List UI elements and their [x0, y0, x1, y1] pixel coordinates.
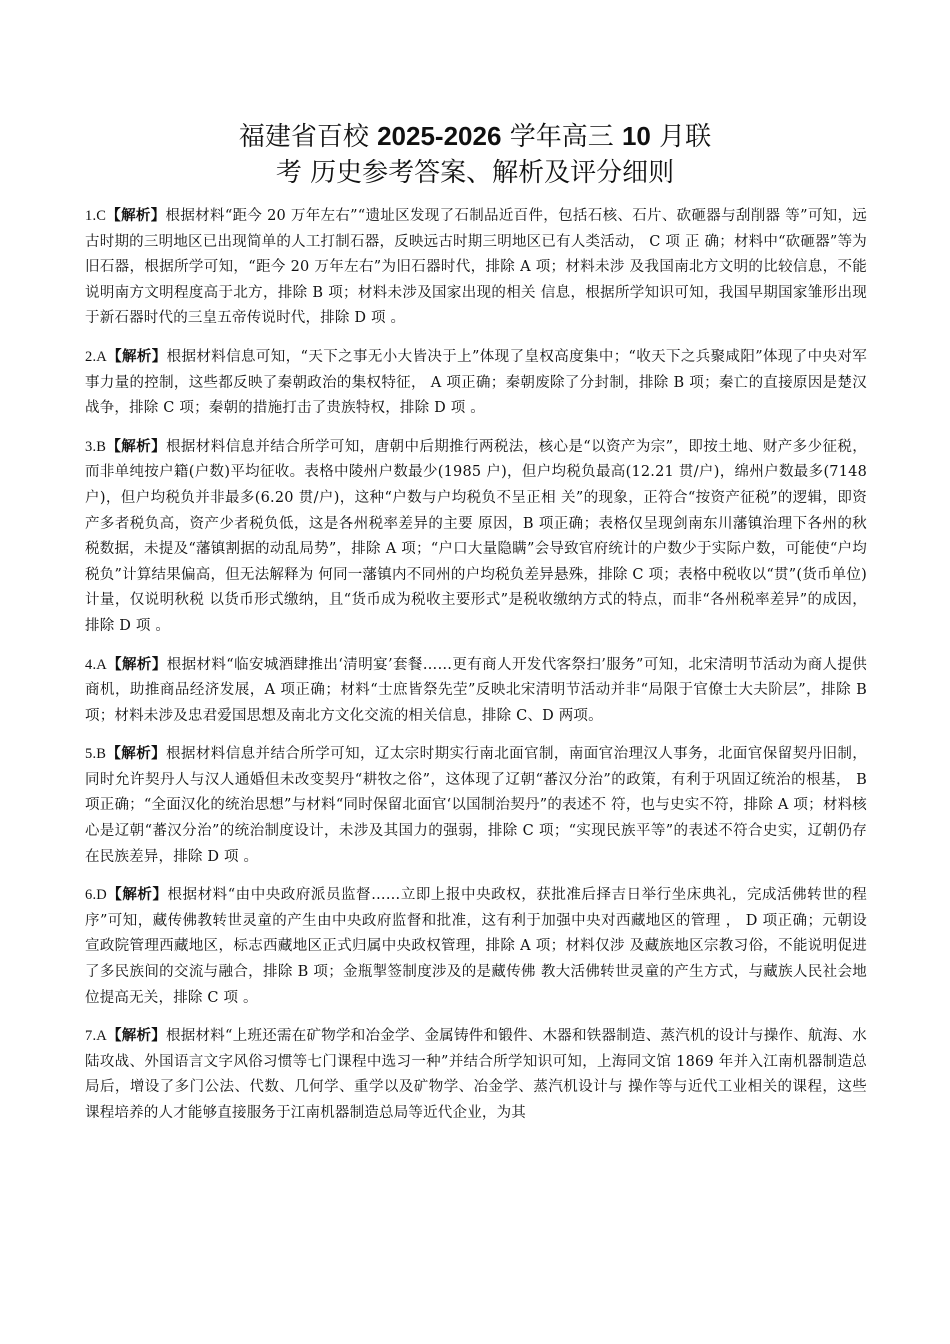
- answer-number: 1.C: [85, 208, 106, 224]
- analysis-tag: 【解析】: [106, 438, 166, 455]
- title-prefix: 福建省百校: [239, 122, 377, 152]
- page-title: 福建省百校 2025-2026 学年高三 10 月联 考 历史参考答案、解析及评…: [0, 118, 950, 191]
- analysis-tag: 【解析】: [106, 207, 165, 224]
- analysis-tag: 【解析】: [107, 886, 168, 903]
- answer-text: 根据材料“由中央政府派员监督……立即上报中央政权，获批准后择吉日举行坐床典礼，完…: [85, 887, 867, 1005]
- title-month: 10: [622, 121, 651, 151]
- title-line-2: 考 历史参考答案、解析及评分细则: [0, 155, 950, 191]
- answer-item-2: 2.A【解析】根据材料信息可知，“天下之事无小大皆决于上”体现了皇权高度集中；“…: [85, 344, 867, 422]
- title-year: 2025-2026: [377, 121, 501, 151]
- answer-text: 根据材料“距今 20 万年左右”“遗址区发现了石制品近百件，包括石核、石片、砍砸…: [85, 208, 867, 326]
- answer-list: 1.C【解析】根据材料“距今 20 万年左右”“遗址区发现了石制品近百件，包括石…: [85, 203, 867, 1139]
- analysis-tag: 【解析】: [106, 745, 166, 762]
- answer-number: 7.A: [85, 1028, 107, 1044]
- answer-item-4: 4.A【解析】根据材料“临安城酒肆推出‘清明宴’套餐……更有商人开发代客祭扫’服…: [85, 652, 867, 730]
- answer-number: 6.D: [85, 887, 107, 903]
- title-suffix: 月联: [651, 122, 711, 152]
- answer-number: 3.B: [85, 439, 106, 455]
- answer-item-3: 3.B【解析】根据材料信息并结合所学可知，唐朝中后期推行两税法，核心是“以资产为…: [85, 434, 867, 640]
- answer-item-1: 1.C【解析】根据材料“距今 20 万年左右”“遗址区发现了石制品近百件，包括石…: [85, 203, 867, 332]
- answer-text: 根据材料信息可知，“天下之事无小大皆决于上”体现了皇权高度集中；“收天下之兵聚咸…: [85, 349, 867, 416]
- answer-number: 4.A: [85, 657, 107, 673]
- analysis-tag: 【解析】: [107, 656, 167, 673]
- answer-number: 2.A: [85, 349, 107, 365]
- analysis-tag: 【解析】: [107, 1027, 166, 1044]
- answer-item-7: 7.A【解析】根据材料“上班还需在矿物学和冶金学、金属铸件和锻件、木器和铁器制造…: [85, 1023, 867, 1126]
- title-line-1: 福建省百校 2025-2026 学年高三 10 月联: [0, 118, 950, 155]
- title-mid: 学年高三: [501, 122, 622, 152]
- answer-text: 根据材料信息并结合所学可知，唐朝中后期推行两税法，核心是“以资产为宗”，即按土地…: [85, 439, 867, 634]
- answer-text: 根据材料“上班还需在矿物学和冶金学、金属铸件和锻件、木器和铁器制造、蒸汽机的设计…: [85, 1028, 867, 1121]
- answer-number: 5.B: [85, 746, 106, 762]
- analysis-tag: 【解析】: [107, 348, 167, 365]
- answer-item-5: 5.B【解析】根据材料信息并结合所学可知，辽太宗时期实行南北面官制，南面官治理汉…: [85, 741, 867, 870]
- answer-text: 根据材料“临安城酒肆推出‘清明宴’套餐……更有商人开发代客祭扫’服务”可知，北宋…: [85, 657, 867, 724]
- answer-text: 根据材料信息并结合所学可知，辽太宗时期实行南北面官制，南面官治理汉人事务，北面官…: [85, 746, 867, 864]
- answer-item-6: 6.D【解析】根据材料“由中央政府派员监督……立即上报中央政权，获批准后择吉日举…: [85, 882, 867, 1011]
- document-page: 福建省百校 2025-2026 学年高三 10 月联 考 历史参考答案、解析及评…: [0, 0, 950, 1344]
